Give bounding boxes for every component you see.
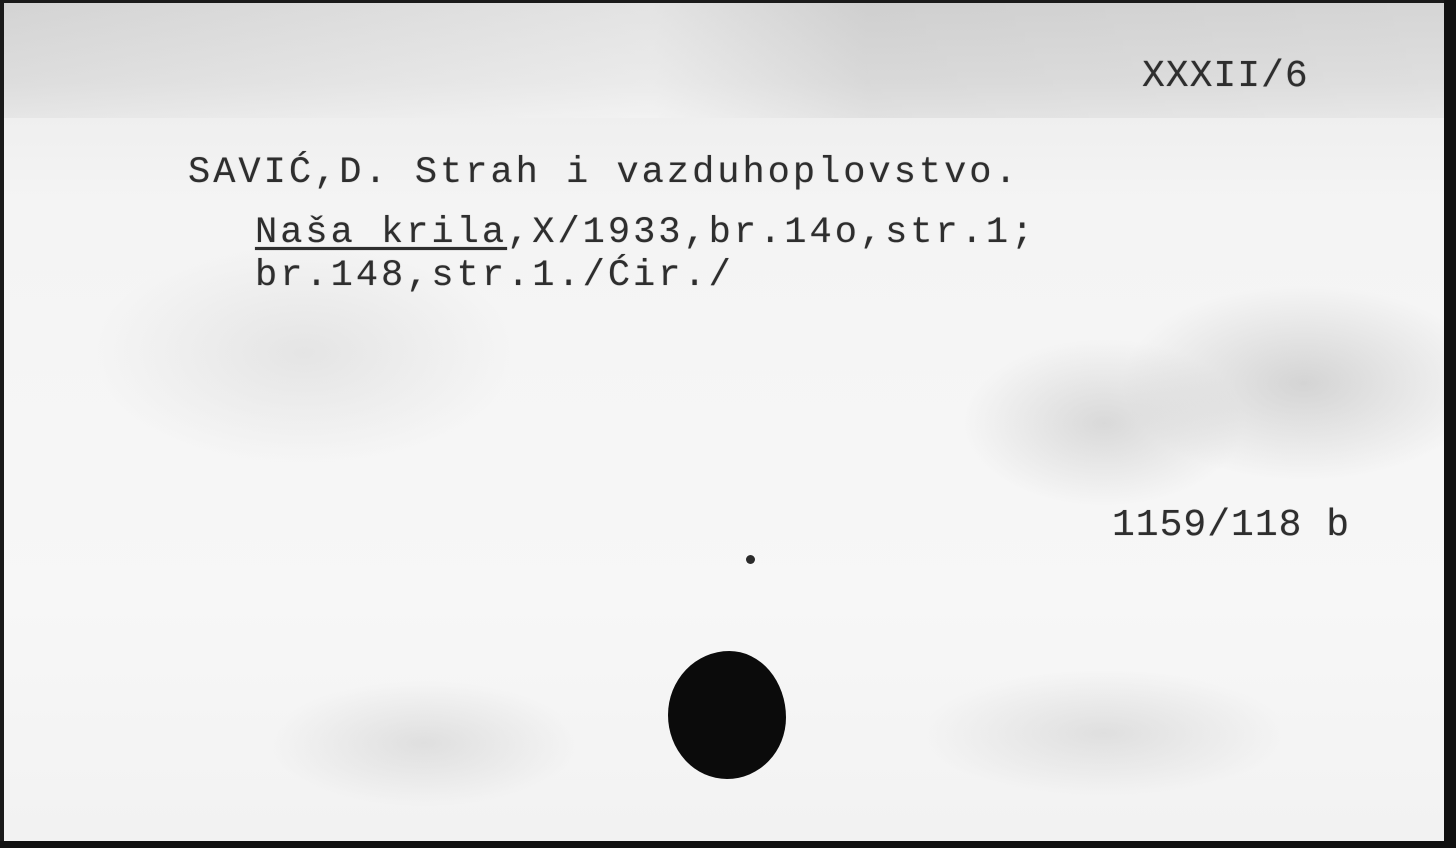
author-title-line: SAVIĆ,D. Strah i vazduhoplovstvo. — [188, 155, 1020, 192]
reference-number: 1159/118 b — [1112, 507, 1350, 545]
ink-dot — [746, 555, 755, 564]
journal-title: Naša krila — [255, 212, 507, 254]
citation-details: ,X/1933,br.14o,str.1; — [507, 212, 1036, 254]
catalog-card: XXXII/6 SAVIĆ,D. Strah i vazduhoplovstvo… — [4, 3, 1444, 841]
scan-edge-bottom — [0, 841, 1456, 848]
scan-edge-right — [1444, 0, 1456, 848]
punch-hole — [668, 651, 786, 779]
citation-line: Naša krila,X/1933,br.14o,str.1; — [255, 215, 1036, 252]
call-number: XXXII/6 — [1142, 58, 1309, 96]
citation-continuation: br.148,str.1./Ćir./ — [255, 258, 734, 295]
